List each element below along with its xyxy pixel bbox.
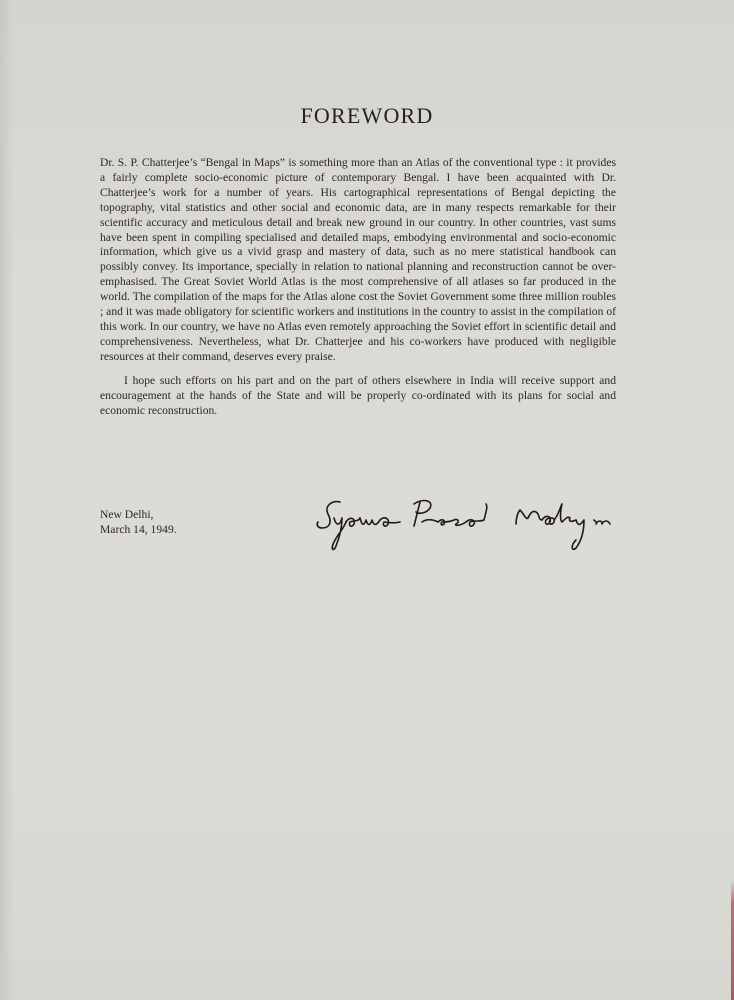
date: March 14, 1949. [100,522,177,537]
signature-icon [310,492,620,562]
paragraph-2: I hope such efforts on his part and on t… [100,374,616,419]
signature [310,492,620,562]
foreword-body: Dr. S. P. Chatterjee’s “Bengal in Maps” … [100,156,616,418]
place: New Delhi, [100,507,177,522]
paragraph-1: Dr. S. P. Chatterjee’s “Bengal in Maps” … [100,156,616,365]
document-page: FOREWORD Dr. S. P. Chatterjee’s “Bengal … [0,0,734,1000]
place-date-block: New Delhi, March 14, 1949. [100,507,177,537]
page-title: FOREWORD [0,103,734,129]
